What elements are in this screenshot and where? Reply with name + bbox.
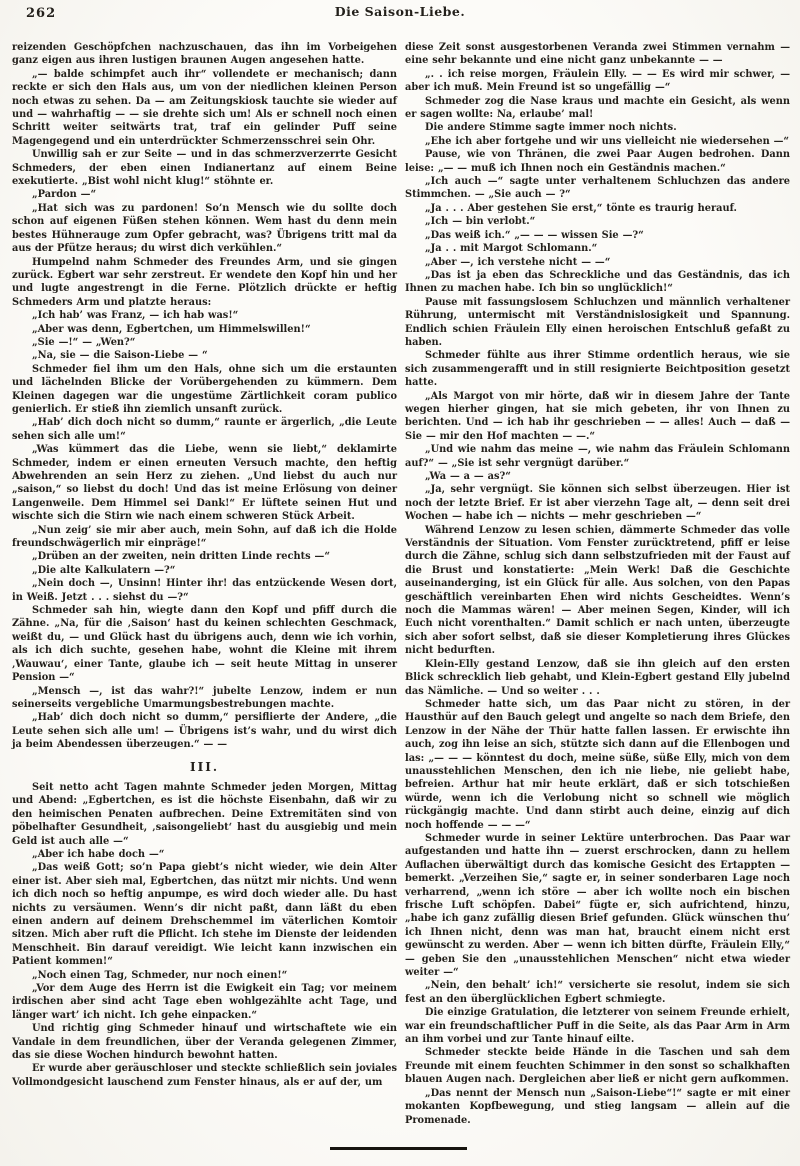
paragraph: Schmeder wurde in seiner Lektüre unterbr… <box>405 832 790 979</box>
page-header: 262 Die Saison-Liebe. <box>0 4 800 28</box>
paragraph: „Noch einen Tag, Schmeder, nur noch eine… <box>12 969 397 982</box>
paragraph: Klein-Elly gestand Lenzow, daß sie ihn g… <box>405 658 790 698</box>
paragraph: „Ja, sehr vergnügt. Sie können sich selb… <box>405 483 790 523</box>
paragraph: „Das ist ja eben das Schreckliche und da… <box>405 269 790 296</box>
paragraph: Während Lenzow zu lesen schien, dämmerte… <box>405 524 790 658</box>
paragraph: „Aber —, ich verstehe nicht — —“ <box>405 256 790 269</box>
paragraph: „Na, sie — die Saison-Liebe — “ <box>12 349 397 362</box>
paragraph: „Hat sich was zu pardonen! So’n Mensch w… <box>12 202 397 256</box>
paragraph: „. . ich reise morgen, Fräulein Elly. — … <box>405 68 790 95</box>
paragraph: „Mensch —, ist das wahr?!“ jubelte Lenzo… <box>12 685 397 712</box>
paragraph: „Aber ich habe doch —“ <box>12 848 397 861</box>
running-title: Die Saison-Liebe. <box>0 4 800 19</box>
paragraph: „Was kümmert das die Liebe, wenn sie lie… <box>12 443 397 523</box>
paragraph: „Aber was denn, Egbertchen, um Himmelswi… <box>12 323 397 336</box>
paragraph: „Sie —!“ — „Wen?“ <box>12 336 397 349</box>
paragraph: „Pardon —“ <box>12 188 397 201</box>
paragraph: Schmeder steckte beide Hände in die Tasc… <box>405 1046 790 1086</box>
paragraph: Schmeder sah hin, wiegte dann den Kopf u… <box>12 604 397 684</box>
paragraph: „Ja . . . Aber gestehen Sie erst,“ tönte… <box>405 202 790 215</box>
right-column: diese Zeit sonst ausgestorbenen Veranda … <box>405 41 790 1127</box>
paragraph: „Drüben an der zweiten, nein dritten Lin… <box>12 550 397 563</box>
paragraph: diese Zeit sonst ausgestorbenen Veranda … <box>405 41 790 68</box>
paragraph: „Wa — a — as?“ <box>405 470 790 483</box>
paragraph: Schmeder zog die Nase kraus und machte e… <box>405 95 790 122</box>
left-column: reizenden Geschöpfchen nachzuschauen, da… <box>12 41 397 1127</box>
paragraph: „Ich hab’ was Franz, — ich hab was!“ <box>12 309 397 322</box>
text-columns: reizenden Geschöpfchen nachzuschauen, da… <box>12 41 790 1127</box>
paragraph: reizenden Geschöpfchen nachzuschauen, da… <box>12 41 397 68</box>
paragraph: Die andere Stimme sagte immer noch nicht… <box>405 121 790 134</box>
book-page: 262 Die Saison-Liebe. reizenden Geschöpf… <box>0 0 800 1166</box>
page-number: 262 <box>26 6 56 21</box>
paragraph: „Hab’ dich doch nicht so dumm,“ raunte e… <box>12 416 397 443</box>
section-heading: III. <box>12 761 397 774</box>
paragraph: „Und wie nahm das meine —, wie nahm das … <box>405 443 790 470</box>
paragraph: „Hab’ dich doch nicht so dumm,“ persifli… <box>12 711 397 751</box>
paragraph: Die einzige Gratulation, die letzterer v… <box>405 1006 790 1046</box>
paragraph: Pause, wie von Thränen, die zwei Paar Au… <box>405 148 790 175</box>
paragraph: „Ehe ich aber fortgehe und wir uns viell… <box>405 135 790 148</box>
paragraph: „Das weiß Gott; so’n Papa giebt’s nicht … <box>12 861 397 968</box>
paragraph: „Ich auch —“ sagte unter verhaltenem Sch… <box>405 175 790 202</box>
paragraph: „Nein doch —, Unsinn! Hinter ihr! das en… <box>12 577 397 604</box>
paragraph: Seit netto acht Tagen mahnte Schmeder je… <box>12 781 397 848</box>
paragraph: „Als Margot von mir hörte, daß wir in di… <box>405 390 790 444</box>
paragraph: Unwillig sah er zur Seite — und in das s… <box>12 148 397 188</box>
paragraph: Und richtig ging Schmeder hinauf und wir… <box>12 1022 397 1062</box>
paragraph: „Vor dem Auge des Herrn ist die Ewigkeit… <box>12 982 397 1022</box>
paragraph: „— balde schimpfet auch ihr“ vollendete … <box>12 68 397 148</box>
end-of-story-rule <box>330 1147 467 1150</box>
paragraph: Schmeder hatte sich, um das Paar nicht z… <box>405 698 790 832</box>
paragraph: „Ich — bin verlobt.“ <box>405 215 790 228</box>
paragraph: Schmeder fiel ihm um den Hals, ohne sich… <box>12 363 397 417</box>
paragraph: Pause mit fassungslosem Schluchzen und m… <box>405 296 790 350</box>
paragraph: Er wurde aber geräuschloser und steckte … <box>12 1062 397 1089</box>
paragraph: „Ja . . mit Margot Schlomann.“ <box>405 242 790 255</box>
paragraph: „Das nennt der Mensch nun „Saison-Liebe“… <box>405 1087 790 1127</box>
paragraph: „Die alte Kalkulatern —?“ <box>12 564 397 577</box>
paragraph: „Das weiß ich.“ „— — — wissen Sie —?“ <box>405 229 790 242</box>
paragraph: Schmeder fühlte aus ihrer Stimme ordentl… <box>405 349 790 389</box>
paragraph: „Nein, den behalt’ ich!“ versicherte sie… <box>405 979 790 1006</box>
paragraph: Humpelnd nahm Schmeder des Freundes Arm,… <box>12 256 397 310</box>
paragraph: „Nun zeig’ sie mir aber auch, mein Sohn,… <box>12 524 397 551</box>
